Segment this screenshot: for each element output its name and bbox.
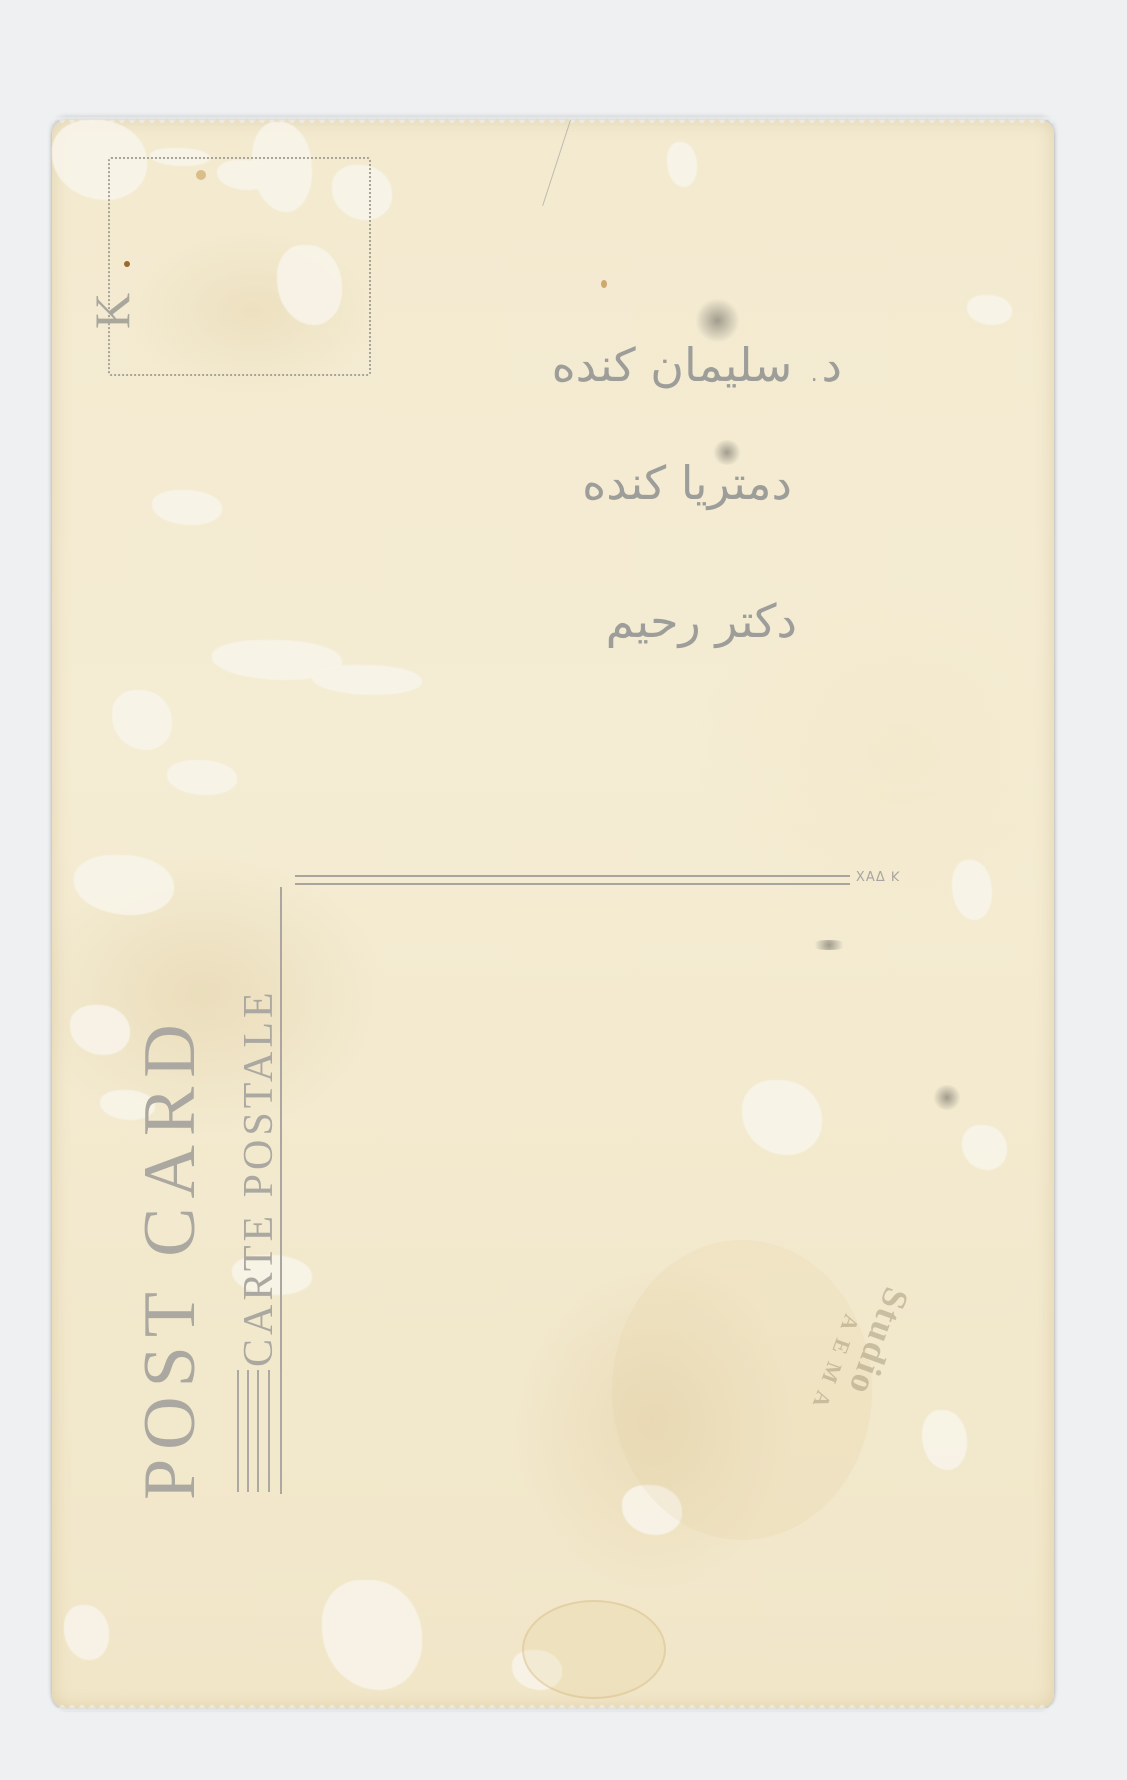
address-line (295, 875, 850, 885)
paper-damage (667, 142, 697, 187)
paper-damage (112, 690, 172, 750)
paper-damage (962, 1125, 1007, 1170)
stamp-box (108, 157, 371, 376)
handwritten-line-1: د. سليمان كنده (352, 338, 842, 392)
address-line-mark: ꓘ ΔΑX (855, 870, 899, 885)
pencil-smudge (695, 298, 740, 343)
paper-damage (922, 1410, 967, 1470)
rust-spot (601, 280, 607, 288)
pencil-mark (542, 120, 571, 206)
serrated-bottom-edge (52, 1705, 1054, 1711)
postcard: K د. سليمان كنده دمتريا كنده دكتر رحيم ꓘ… (52, 120, 1054, 1708)
paper-damage (742, 1080, 822, 1155)
decorative-rules (237, 1370, 282, 1492)
serrated-top-edge (52, 117, 1054, 123)
paper-damage (952, 860, 992, 920)
paper-damage (70, 1005, 130, 1055)
post-card-title: POST CARD (128, 1015, 213, 1500)
handwritten-line-3: دكتر رحيم (357, 594, 797, 648)
paper-damage (322, 1580, 422, 1690)
paper-damage (967, 295, 1012, 325)
pencil-smudge (932, 1085, 962, 1110)
carte-postale-title: CARTE POSTALE (235, 988, 283, 1367)
paper-damage (312, 665, 422, 695)
pencil-smudge (809, 940, 849, 950)
paper-damage (152, 490, 222, 525)
paper-damage (167, 760, 237, 795)
paper-damage (64, 1605, 109, 1660)
handwritten-line-2: دمتريا كنده (342, 456, 792, 510)
paper-damage (74, 855, 174, 915)
water-stain (522, 1600, 666, 1699)
publisher-logo: K (83, 293, 141, 329)
